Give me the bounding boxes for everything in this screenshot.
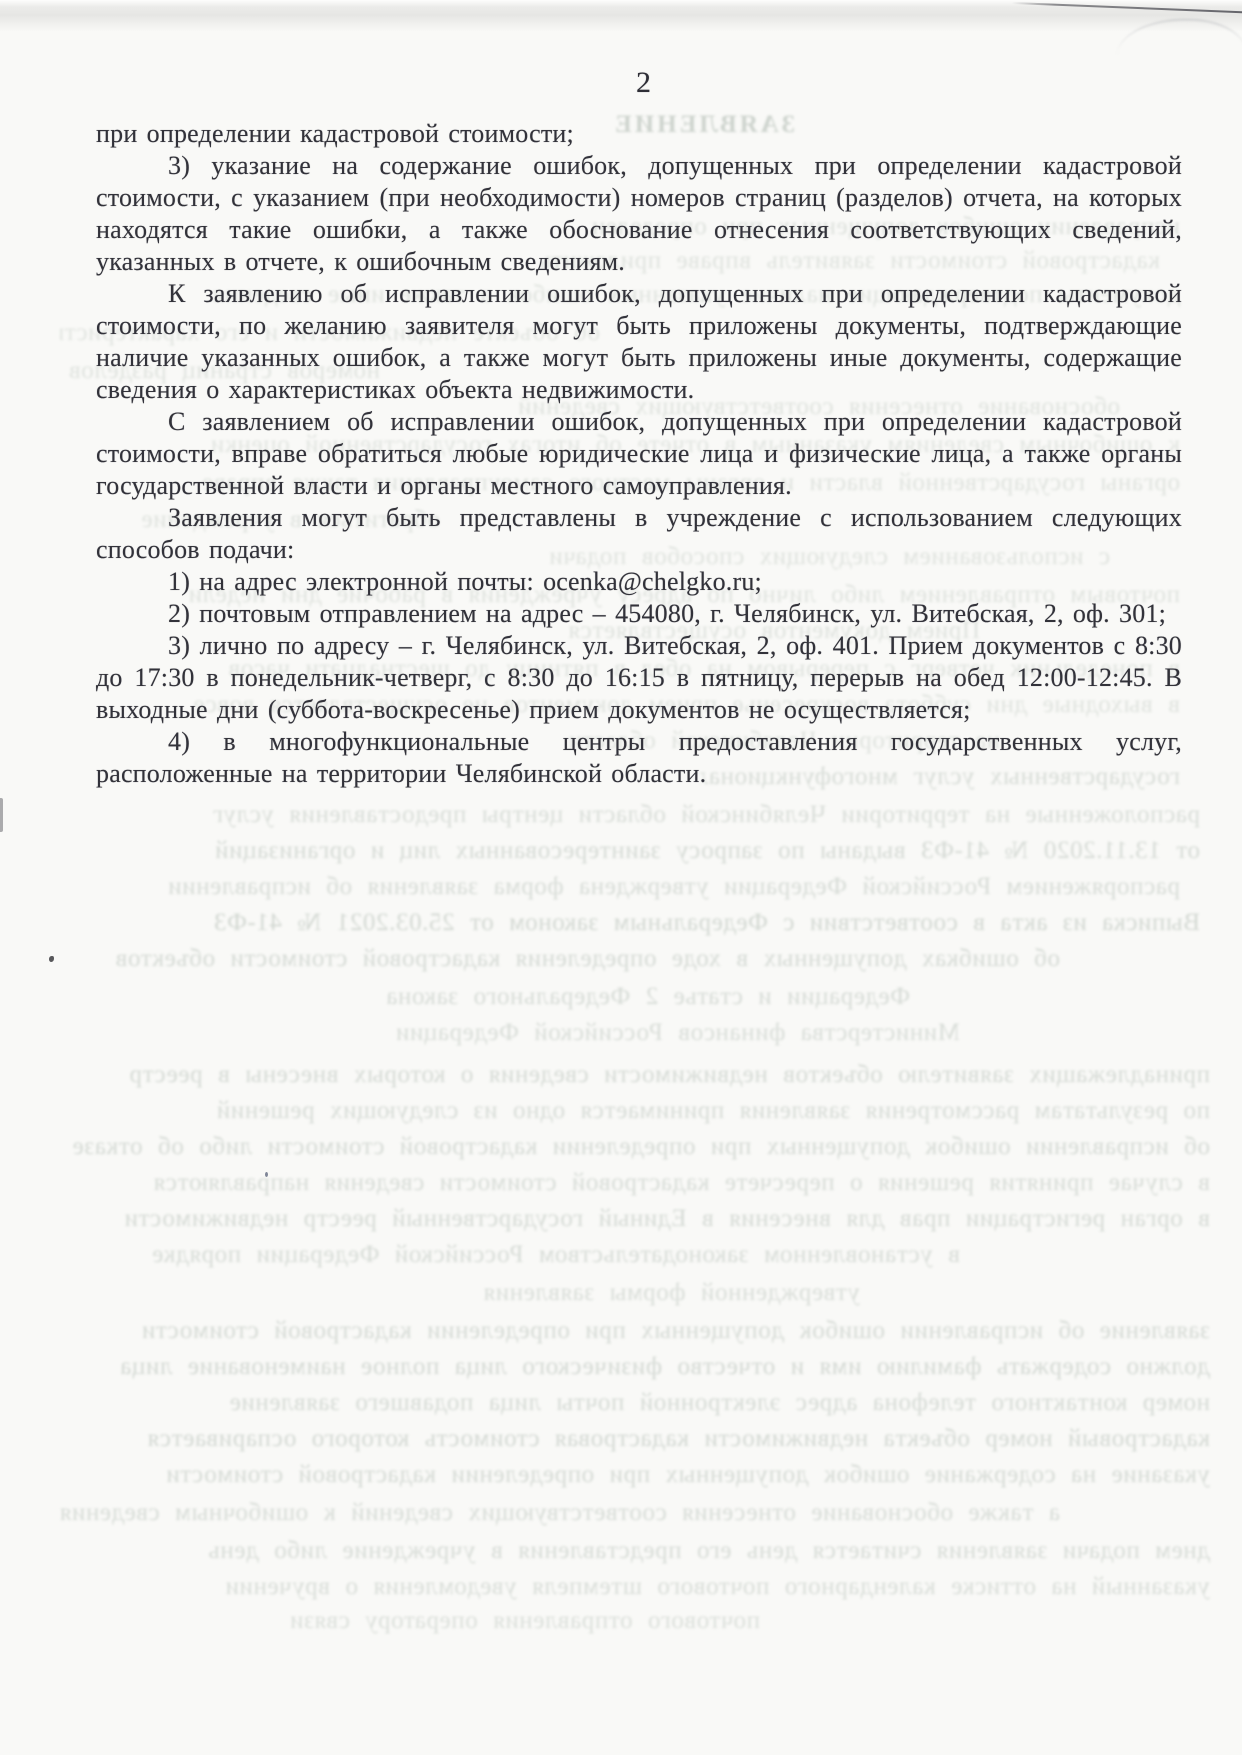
document-paragraph: 1) на адрес электронной почты: ocenka@ch… [96,566,1182,598]
bleedthrough-text-line: а также обоснование отнесения соответств… [60,1498,1060,1528]
bleedthrough-text-line: в орган регистрации прав для внесения в … [60,1204,1210,1234]
document-paragraph: К заявлению об исправлении ошибок, допущ… [96,278,1182,406]
bleedthrough-text-line: об исправлении ошибок допущенных при опр… [60,1132,1210,1162]
bleedthrough-text-line: номер контактного телефона адрес электро… [60,1388,1210,1418]
bleedthrough-text-line: Выписка из акта в соответствии с Федерал… [60,908,1200,938]
page-number: 2 [636,66,651,100]
bleedthrough-text-line: об ошибках допущенных в ходе определения… [60,944,1060,974]
bleedthrough-text-line: Федерации и статье 2 Федерального закона [350,982,910,1012]
ink-speck [265,1172,268,1177]
scanned-document-page: 2 ЗАЯВЛЕНИЕ исправлении ошибок допущенны… [0,0,1242,1755]
bleedthrough-text-line: по результатам рассмотрения заявления пр… [60,1096,1210,1126]
document-paragraph: Заявления могут быть представлены в учре… [96,502,1182,566]
bleedthrough-text-line: расположенные на территории Челябинской … [60,800,1200,830]
ink-speck [49,956,54,962]
bleedthrough-text-line: принадлежащих заявителю объектов недвижи… [60,1060,1210,1090]
document-paragraph: 4) в многофункциональные центры предоста… [96,726,1182,790]
bleedthrough-text-line: днем подачи заявления считается день его… [60,1536,1210,1566]
document-paragraph: при определении кадастровой стоимости; [96,118,1182,150]
bleedthrough-text-line: Министерства финансов Российской Федерац… [260,1018,960,1048]
bleedthrough-text-line: распоряжением Российской Федерации утвер… [60,872,1180,902]
document-paragraph: 3) лично по адресу – г. Челябинск, ул. В… [96,630,1182,726]
bleedthrough-text-line: указанный на оттиске календарного почтов… [60,1572,1210,1602]
bleedthrough-text-line: почтового отправления оператору связи [60,1606,760,1636]
document-body-text: при определении кадастровой стоимости; 3… [96,118,1182,790]
bleedthrough-text-line: в установленном законодательством Россий… [60,1240,960,1270]
bleedthrough-text-line: от 13.11.2020 № 41-ФЗ выданы по запросу … [60,836,1200,866]
scan-edge-mark [0,798,3,832]
bleedthrough-text-line: заявление об исправлении ошибок допущенн… [60,1316,1210,1346]
document-paragraph: 3) указание на содержание ошибок, допуще… [96,150,1182,278]
bleedthrough-text-line: в случае принятия решения о пересчете ка… [60,1168,1210,1198]
document-paragraph: 2) почтовым отправлением на адрес – 4540… [96,598,1182,630]
bleedthrough-text-line: утвержденной формы заявления [380,1278,860,1308]
document-paragraph: С заявлением об исправлении ошибок, допу… [96,406,1182,502]
bleedthrough-text-line: кадастровый номер объекта недвижимости к… [60,1424,1210,1454]
bleedthrough-text-line: указание на содержание ошибок допущенных… [60,1460,1210,1490]
bleedthrough-text-line: должно содержать фамилию имя и отчество … [60,1352,1210,1382]
